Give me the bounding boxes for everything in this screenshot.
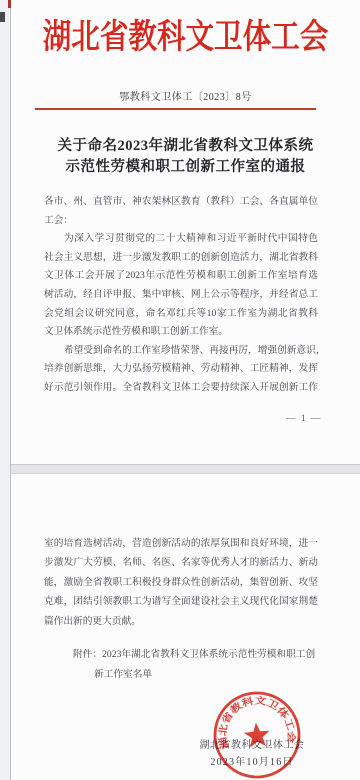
red-letterhead-title: 湖北省教科文卫体工会 bbox=[39, 14, 332, 62]
body-text-line: 文卫体工会开展了2023年示范性劳模和职工创新工作室培育选 bbox=[44, 267, 318, 286]
attachment-note: 附件：2023年湖北省教科文卫体系统示范性劳模和职工创 新工作室名单 bbox=[73, 645, 323, 685]
body-text-line: 为深入学习贯彻党的二十大精神和习近平新时代中国特色 bbox=[44, 230, 318, 249]
document-page-2: 室的培育选树活动，营造创新活动的浓厚氛围和良好环境，进一步激发广大劳模、名师、名… bbox=[11, 473, 360, 780]
body-text-line: 社会主义思想，进一步激发教职工的创新创造活力，湖北省教科 bbox=[44, 249, 318, 268]
body-text-line: 能，激励全省教职工积极投身群众性创新活动，集智创新、攻坚 bbox=[44, 573, 318, 592]
official-seal: 湖北省教科文卫体工会 bbox=[207, 685, 307, 780]
body-text-line: 步激发广大劳模、名师、名医、名家等优秀人才的新活力、新动 bbox=[44, 553, 318, 572]
document-number: 鄂教科文卫体工〔2023〕8号 bbox=[11, 91, 360, 104]
document-title-line2: 示范性劳模和职工创新工作室的通报 bbox=[11, 157, 360, 178]
document-page-1: 湖北省教科文卫体工会 鄂教科文卫体工〔2023〕8号 关于命名2023年湖北省教… bbox=[11, 0, 360, 465]
attachment-line1: 附件：2023年湖北省教科文卫体系统示范性劳模和职工创 bbox=[73, 645, 323, 665]
body-text-line: 培养创新思维，大力弘扬劳模精神、劳动精神、工匠精神，发挥 bbox=[44, 360, 318, 379]
body-text-line: 好示范引领作用。全省教科文卫体工会要持续深入开展创新工作 bbox=[44, 379, 318, 398]
scan-edge-strip bbox=[0, 0, 11, 780]
scanned-document-view: 湖北省教科文卫体工会 鄂教科文卫体工〔2023〕8号 关于命名2023年湖北省教… bbox=[0, 0, 360, 780]
body-text-line: 文卫体系统示范性劳模和职工创新工作室。 bbox=[44, 323, 318, 342]
body-text-page-1: 各市、州、直管市、神农架林区教育（教科）工会、各直属单位工会：为深入学习贯彻党的… bbox=[44, 193, 318, 398]
body-text-line: 篇作出新的更大贡献。 bbox=[44, 612, 318, 631]
page-number: — 1 — bbox=[286, 414, 322, 424]
body-text-line: 克难，团结引领教职工为谱写全面建设社会主义现代化国家荆楚 bbox=[44, 592, 318, 611]
document-title-line1: 关于命名2023年湖北省教科文卫体系统 bbox=[11, 136, 360, 157]
attachment-line2: 新工作室名单 bbox=[73, 665, 323, 685]
body-text-line: 工会： bbox=[44, 212, 318, 231]
red-divider-line bbox=[35, 108, 316, 110]
scan-artifact-mark bbox=[0, 12, 5, 22]
body-text-line: 会党组会议研究同意，命名邓红兵等10家工作室为湖北省教科 bbox=[44, 305, 318, 324]
body-text-page-2: 室的培育选树活动，营造创新活动的浓厚氛围和良好环境，进一步激发广大劳模、名师、名… bbox=[44, 534, 318, 631]
body-text-line: 希望受到命名的工作室珍惜荣誉、再接再厉，增强创新意识， bbox=[44, 342, 318, 361]
body-text-line: 树活动，经自评申报、集中审核、网上公示等程序，并经省总工 bbox=[44, 286, 318, 305]
body-text-line: 各市、州、直管市、神农架林区教育（教科）工会、各直属单位 bbox=[44, 193, 318, 212]
document-title: 关于命名2023年湖北省教科文卫体系统 示范性劳模和职工创新工作室的通报 bbox=[11, 136, 360, 178]
seal-star-icon bbox=[243, 721, 271, 748]
body-text-line: 室的培育选树活动，营造创新活动的浓厚氛围和良好环境，进一 bbox=[44, 534, 318, 553]
